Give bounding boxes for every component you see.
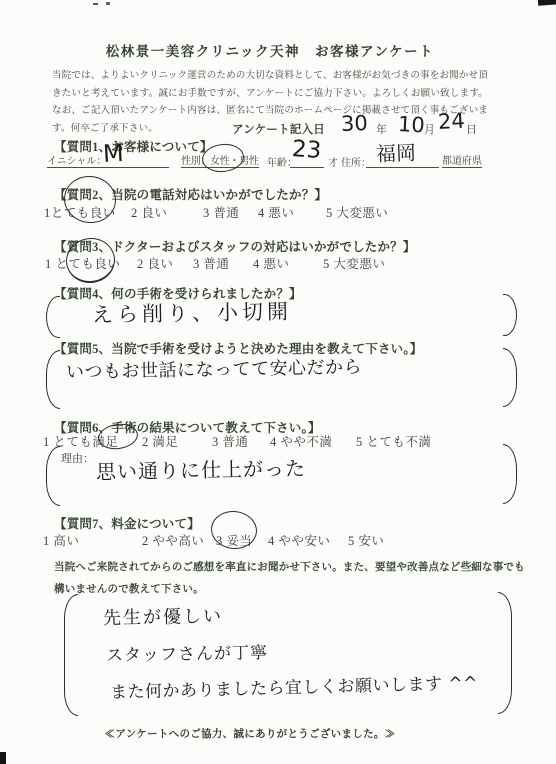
q7-option-2: 2 やや高い xyxy=(142,531,204,549)
q2-option-4: 4 悪い xyxy=(258,203,294,221)
comments-prompt: 当院へご来院されてからのご感想を率直にお聞かせ下さい。また、要望や改善点など些細… xyxy=(54,557,526,601)
q4-bracket-right xyxy=(503,294,517,336)
q2-option-2: 2 良い xyxy=(131,203,167,221)
q1-address-value: 福岡 xyxy=(375,137,416,167)
date-day-value: 24 xyxy=(437,109,465,134)
q1-age-unit: 才 xyxy=(328,154,338,169)
q6-reason-label: 理由： xyxy=(61,450,94,466)
footer-thanks: ≪アンケートへのご協力、誠にありがとうございました。≫ xyxy=(0,726,500,741)
q1-address-unit: 都道府県 xyxy=(442,152,482,168)
q1-initial-value: M xyxy=(102,139,124,168)
survey-scan-page: 松林景一美容クリニック天神 お客様アンケート 当院では、よりよいクリニック運営の… xyxy=(0,0,556,764)
comments-line-1: 先生が優しい xyxy=(103,602,223,630)
q4-answer: えら削り、小切開 xyxy=(92,296,292,329)
scan-artifact-dot-2 xyxy=(106,2,110,5)
q2-option-5: 5 大変悪い xyxy=(326,203,388,221)
q1-initial-label: イニシャル： xyxy=(47,156,106,167)
page-title: 松林景一美容クリニック天神 お客様アンケート xyxy=(0,40,540,60)
scan-artifact-dot-1 xyxy=(93,3,98,5)
comments-bracket-left xyxy=(64,594,78,716)
date-label: アンケート記入日 xyxy=(232,121,325,137)
q3-option-5: 5 大変悪い xyxy=(323,254,385,272)
comments-line-2: スタッフさんが丁寧 xyxy=(106,638,268,666)
q6-option-4: 4 やや不満 xyxy=(270,432,332,450)
q7-option-5: 5 安い xyxy=(348,531,384,549)
q5-bracket-left xyxy=(46,350,60,409)
scan-artifact-top-right xyxy=(538,0,556,6)
q6-option-5: 5 とても不満 xyxy=(356,432,431,450)
comments-bracket-right xyxy=(498,592,512,714)
q3-option-3: 3 普通 xyxy=(193,254,229,272)
date-year-unit: 年 xyxy=(376,121,387,137)
date-year-value: 30 xyxy=(341,111,369,136)
scan-artifact-bottom-left xyxy=(0,752,6,764)
q4-bracket-left xyxy=(46,296,60,338)
q5-bracket-right xyxy=(503,348,517,407)
comments-line-3: また何かありましたら宜しくお願いします ^^ xyxy=(110,668,478,703)
date-month-value: 10 xyxy=(397,112,425,137)
q3-option-2: 2 良い xyxy=(137,254,173,272)
q2-option-3: 3 普通 xyxy=(203,203,239,221)
q7-option-4: 4 やや安い xyxy=(268,531,330,549)
q1-age-value: 23 xyxy=(291,136,322,164)
q6-bracket-right xyxy=(503,444,517,504)
q6-option-2: 2 満足 xyxy=(142,432,178,450)
q6-bracket-left xyxy=(46,446,60,506)
q6-reason-answer: 思い通りに仕上がった xyxy=(96,452,306,485)
date-month-unit: 月 xyxy=(424,121,435,137)
q5-answer: いつもお世話になってて安心だから xyxy=(66,353,362,384)
q6-option-3: 3 普通 xyxy=(212,432,248,450)
q7-header: 【質問7、料金について】 xyxy=(54,514,200,532)
date-day-unit: 日 xyxy=(466,121,477,137)
q7-option-1: 1 高い xyxy=(43,531,79,549)
q3-option-4: 4 悪い xyxy=(253,254,289,272)
